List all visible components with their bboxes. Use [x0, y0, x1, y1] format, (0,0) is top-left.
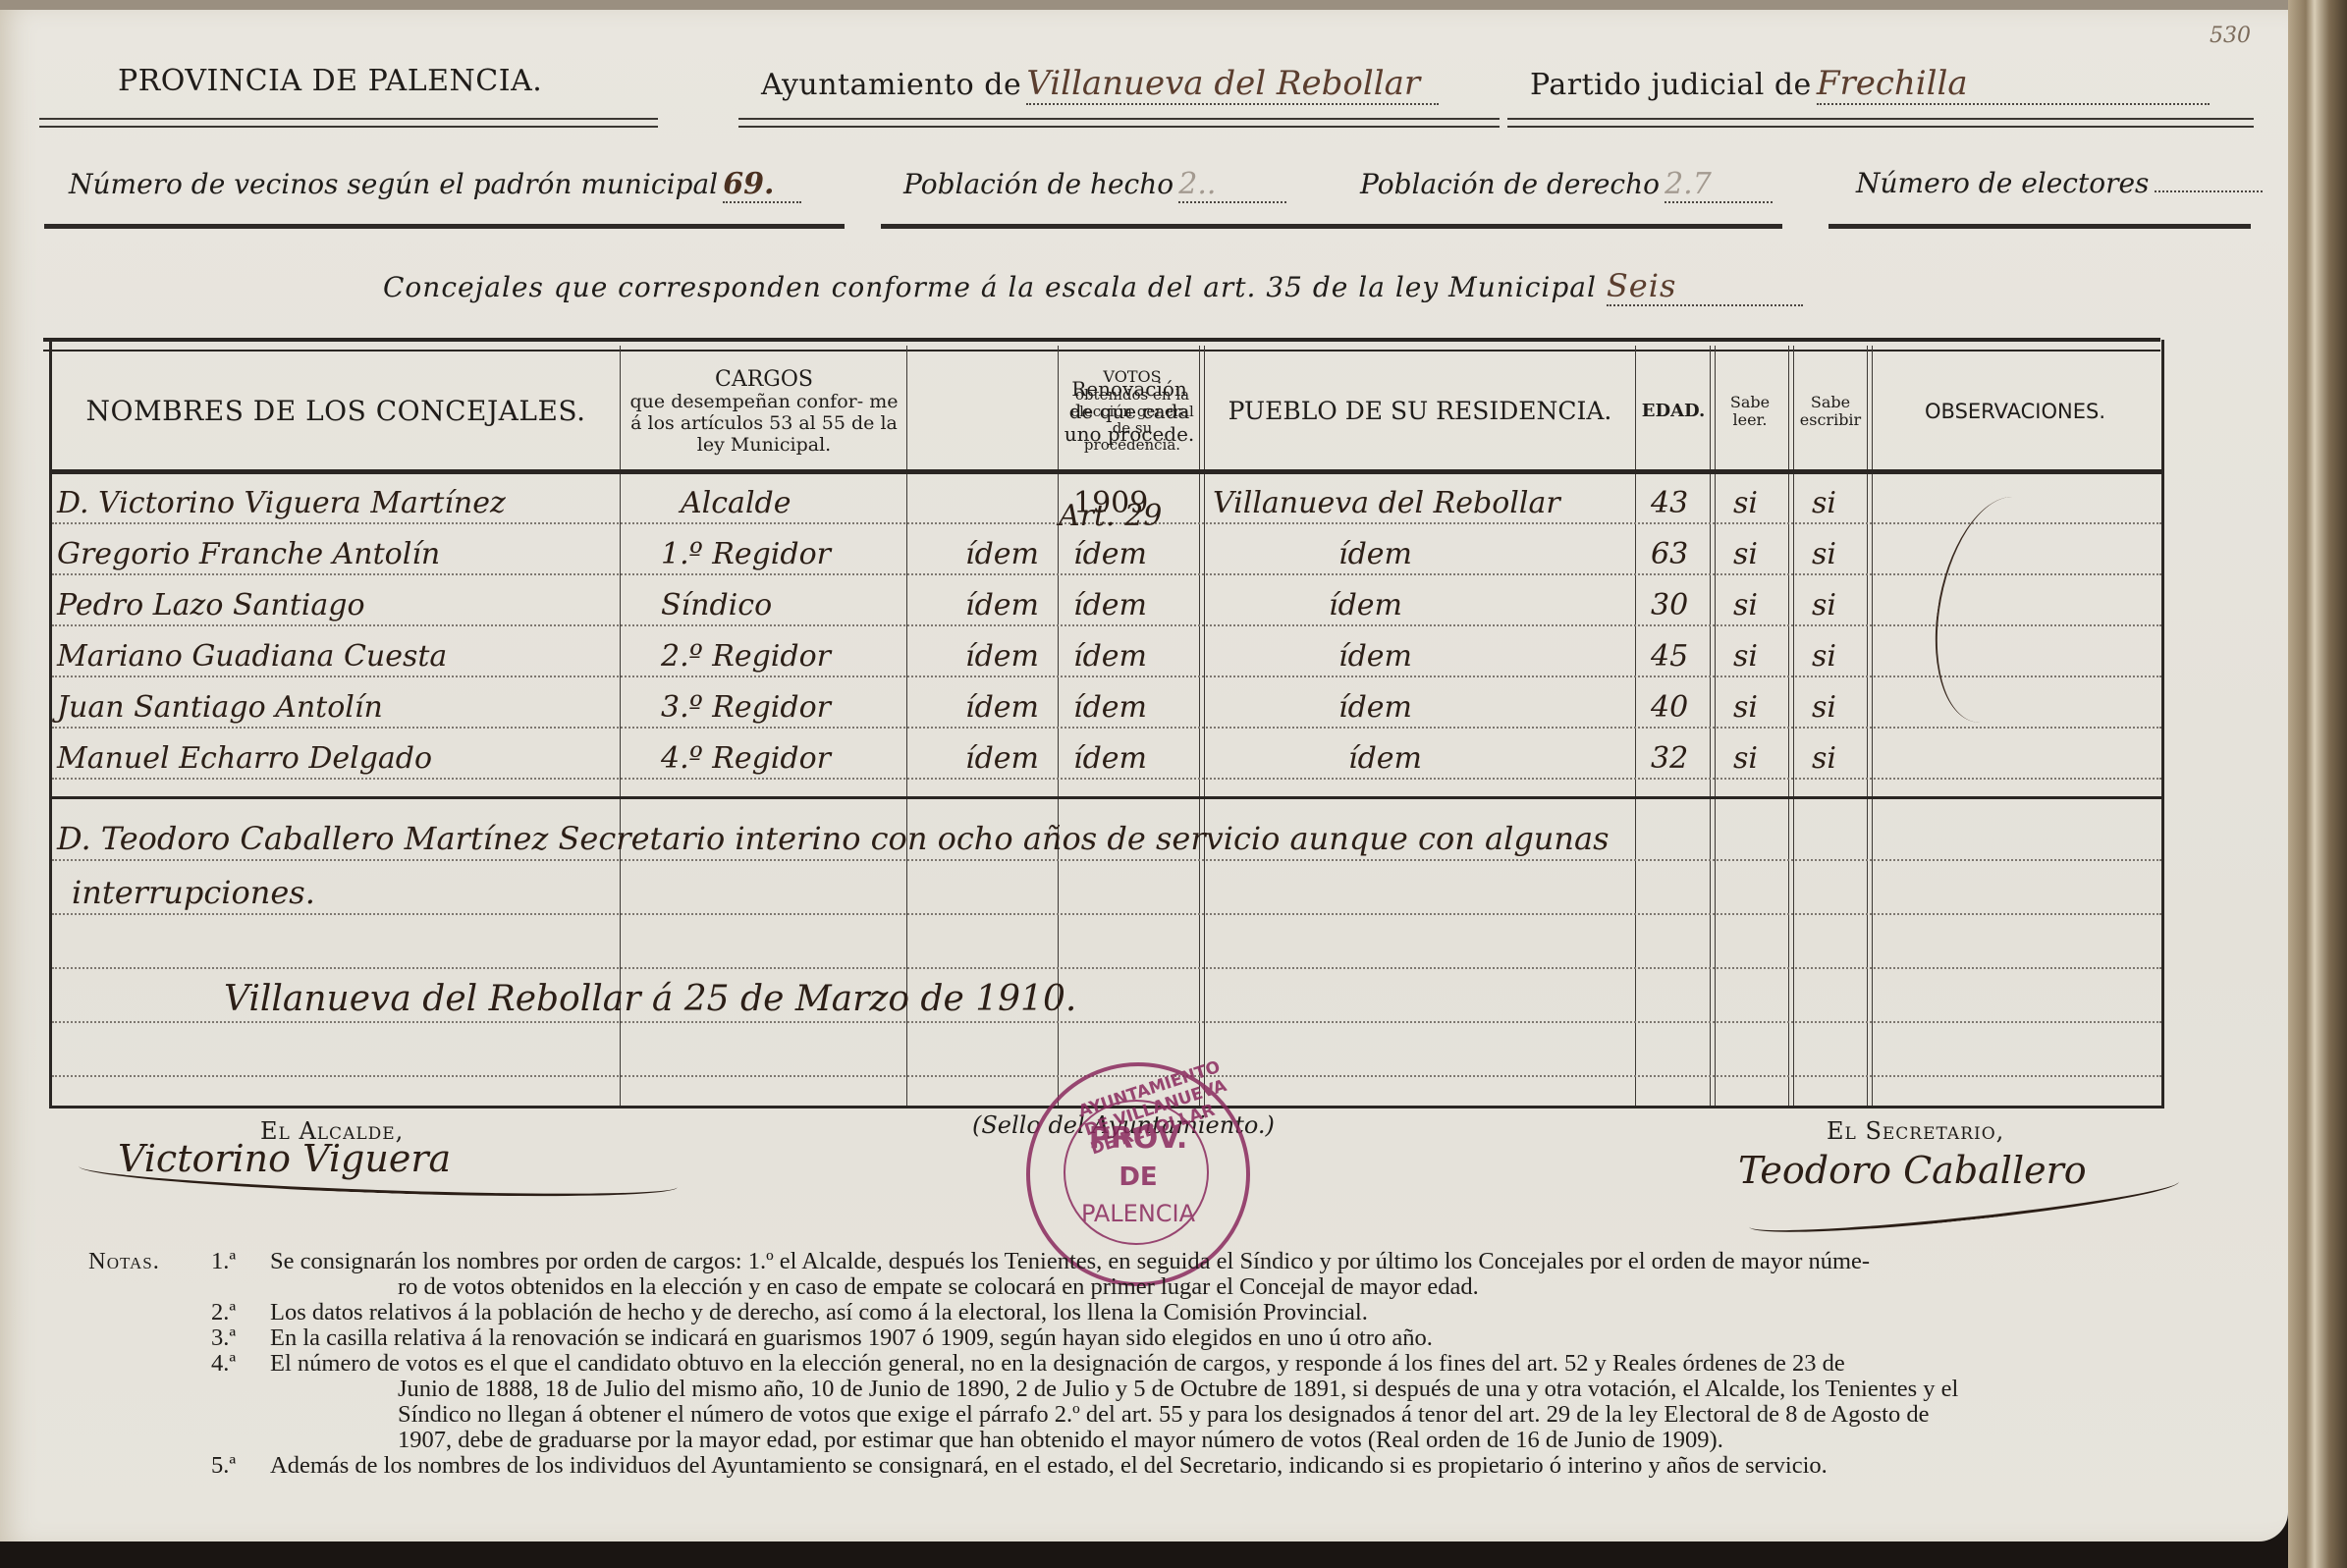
header-cargos: CARGOS que desempeñan confor- me á los a…	[622, 357, 906, 465]
electores-field: Número de electores	[1856, 167, 2263, 206]
header-nombres: NOMBRES DE LOS CONCEJALES.	[52, 357, 620, 465]
cell-renovacion: ídem	[965, 588, 1039, 622]
secretary-row: interrupciones.	[52, 865, 2161, 919]
cell-escribir: si	[1812, 588, 1836, 622]
field-rule	[1828, 224, 2251, 229]
note-number: 1.ª	[211, 1249, 250, 1274]
note-text: 1907, debe de graduarse por la mayor eda…	[398, 1428, 1723, 1453]
note-number: 2.ª	[211, 1300, 250, 1325]
vecinos-label: Número de vecinos según el padrón munici…	[69, 168, 718, 200]
ayuntamiento-field: Ayuntamiento de Villanueva del Rebollar	[761, 64, 1439, 123]
cell-leer: si	[1733, 588, 1758, 622]
notes-title: Notas.	[88, 1249, 160, 1274]
cell-renovacion: ídem	[965, 741, 1039, 776]
cell-cargo: 2.º Regidor	[661, 639, 831, 674]
partido-field: Partido judicial de Frechilla	[1530, 64, 2210, 123]
cell-cargo: Alcalde	[681, 486, 791, 520]
derecho-value: 2.7	[1665, 167, 1773, 203]
note-text: Síndico no llegan á obtener el número de…	[398, 1402, 1929, 1428]
cell-edad: 40	[1651, 690, 1688, 725]
header-rule	[738, 118, 1500, 128]
cell-pueblo: ídem	[1329, 588, 1402, 622]
document-page: 530 PROVINCIA DE PALENCIA. Ayuntamiento …	[0, 0, 2288, 1541]
cell-edad: 30	[1651, 588, 1688, 622]
stamp-line1: PROV.	[1030, 1121, 1246, 1156]
cell-votos: ídem	[1073, 537, 1147, 571]
table-row: Manuel Echarro Delgado 4.º Regidor ídem …	[52, 732, 2161, 784]
note-text: En la casilla relativa á la renovación s…	[270, 1325, 1433, 1351]
cell-nombre: Juan Santiago Antolín	[57, 690, 383, 725]
cell-pueblo: ídem	[1348, 741, 1422, 776]
cell-nombre: Mariano Guadiana Cuesta	[57, 639, 447, 674]
page-number: 530	[2210, 24, 2251, 48]
note-text: Se consignarán los nombres por orden de …	[270, 1249, 1870, 1274]
cell-cargo: 3.º Regidor	[661, 690, 831, 725]
header-observaciones: OBSERVACIONES.	[1873, 357, 2157, 465]
cell-escribir: si	[1812, 741, 1836, 776]
field-rule	[1336, 224, 1782, 229]
partido-value: Frechilla	[1817, 64, 2210, 105]
header-pueblo: PUEBLO DE SU RESIDENCIA.	[1205, 357, 1635, 465]
cell-nombre: Pedro Lazo Santiago	[57, 588, 365, 622]
field-rule	[44, 224, 845, 229]
cell-edad: 43	[1651, 486, 1688, 520]
table-separator-rule	[52, 796, 2161, 799]
cell-leer: si	[1733, 537, 1758, 571]
ayuntamiento-value: Villanueva del Rebollar	[1026, 64, 1439, 105]
concejales-field: Concejales que corresponden conforme á l…	[383, 267, 1803, 306]
hecho-field: Población de hecho 2..	[903, 167, 1286, 206]
cell-pueblo: Villanueva del Rebollar	[1213, 486, 1560, 520]
header-edad: EDAD.	[1637, 357, 1710, 465]
note-text: ro de votos obtenidos en la elección y e…	[398, 1274, 1479, 1300]
cell-edad: 63	[1651, 537, 1688, 571]
hecho-value: 2..	[1178, 167, 1286, 203]
header-rule	[52, 469, 2161, 474]
cell-escribir: si	[1812, 639, 1836, 674]
table-row: Pedro Lazo Santiago Síndico ídem ídem íd…	[52, 579, 2161, 630]
secretary-text: interrupciones.	[72, 874, 315, 911]
header-votos-sub: obtenidos en la elección general de su p…	[1068, 387, 1196, 455]
cell-nombre: Manuel Echarro Delgado	[57, 741, 432, 776]
place-date: Villanueva del Rebollar á 25 de Marzo de…	[224, 979, 1076, 1019]
table-row: Juan Santiago Antolín 3.º Regidor ídem í…	[52, 681, 2161, 732]
provincia-heading: PROVINCIA DE PALENCIA.	[118, 64, 542, 123]
concejales-table: NOMBRES DE LOS CONCEJALES. CARGOS que de…	[49, 340, 2164, 1108]
secretary-text: D. Teodoro Caballero Martínez Secretario…	[57, 820, 1610, 857]
table-row: Gregorio Franche Antolín 1.º Regidor íde…	[52, 528, 2161, 579]
vecinos-field: Número de vecinos según el padrón munici…	[69, 167, 801, 206]
cell-pueblo: ídem	[1338, 690, 1412, 725]
cell-renovacion: ídem	[965, 537, 1039, 571]
ayuntamiento-label: Ayuntamiento de	[761, 68, 1021, 102]
stamp-line3: PALENCIA	[1030, 1200, 1246, 1227]
header-votos-title: VOTOS	[1103, 368, 1161, 386]
cell-escribir: si	[1812, 690, 1836, 725]
cell-leer: si	[1733, 639, 1758, 674]
stamp-line2: DE	[1030, 1162, 1246, 1192]
cell-nombre: Gregorio Franche Antolín	[57, 537, 440, 571]
provincia-label: PROVINCIA DE PALENCIA.	[118, 64, 542, 98]
cell-escribir: si	[1812, 486, 1836, 520]
note-text: Los datos relativos á la población de he…	[270, 1300, 1368, 1325]
note-number: 3.ª	[211, 1325, 250, 1351]
header-cargos-title: CARGOS	[715, 367, 813, 392]
cell-renovacion: ídem	[965, 690, 1039, 725]
note-text: El número de votos es el que el candidat…	[270, 1351, 1845, 1377]
secretario-label: El Secretario,	[1827, 1117, 2004, 1145]
header-rule	[39, 118, 658, 128]
electores-label: Número de electores	[1856, 167, 2149, 199]
cell-leer: si	[1733, 741, 1758, 776]
blank-row	[52, 919, 2161, 973]
cell-votos-first: Art. 29	[1059, 499, 1162, 533]
cell-pueblo: ídem	[1338, 639, 1412, 674]
header-rule	[1507, 118, 2254, 128]
vecinos-value: 69.	[723, 167, 801, 203]
place-date-row: Villanueva del Rebollar á 25 de Marzo de…	[52, 973, 2161, 1027]
note-text: Además de los nombres de los individuos …	[270, 1453, 1828, 1479]
electores-value	[2155, 190, 2263, 192]
cell-escribir: si	[1812, 537, 1836, 571]
partido-label: Partido judicial de	[1530, 68, 1812, 102]
cell-edad: 32	[1651, 741, 1688, 776]
derecho-label: Población de derecho	[1360, 168, 1660, 200]
cell-pueblo: ídem	[1338, 537, 1412, 571]
cell-cargo: 4.º Regidor	[661, 741, 831, 776]
cell-votos: ídem	[1073, 639, 1147, 674]
secretary-row: D. Teodoro Caballero Martínez Secretario…	[52, 806, 2161, 865]
cell-votos: ídem	[1073, 741, 1147, 776]
cell-nombre: D. Victorino Viguera Martínez	[57, 486, 506, 520]
note-text: Junio de 1888, 18 de Julio del mismo año…	[398, 1377, 1958, 1402]
book-spine	[2288, 0, 2347, 1568]
note-number: 5.ª	[211, 1453, 250, 1479]
cell-cargo: Síndico	[661, 588, 772, 622]
cell-leer: si	[1733, 486, 1758, 520]
note-number: 4.ª	[211, 1351, 250, 1377]
derecho-field: Población de derecho 2.7	[1360, 167, 1773, 206]
cell-leer: si	[1733, 690, 1758, 725]
header-votos-text: VOTOS obtenidos en la elección general d…	[1064, 357, 1201, 465]
table-row: Mariano Guadiana Cuesta 2.º Regidor ídem…	[52, 630, 2161, 681]
cell-edad: 45	[1651, 639, 1688, 674]
header-sabe-leer: Sabe leer.	[1716, 357, 1784, 465]
header-cargos-sub: que desempeñan confor- me á los artículo…	[628, 392, 900, 457]
cell-cargo: 1.º Regidor	[661, 537, 831, 571]
header-sabe-escribir: Sabe escribir	[1794, 357, 1867, 465]
concejales-label: Concejales que corresponden conforme á l…	[383, 271, 1597, 303]
cell-votos: ídem	[1073, 588, 1147, 622]
cell-votos: ídem	[1073, 690, 1147, 725]
hecho-label: Población de hecho	[903, 168, 1173, 200]
concejales-value: Seis	[1607, 267, 1803, 306]
cell-renovacion: ídem	[965, 639, 1039, 674]
